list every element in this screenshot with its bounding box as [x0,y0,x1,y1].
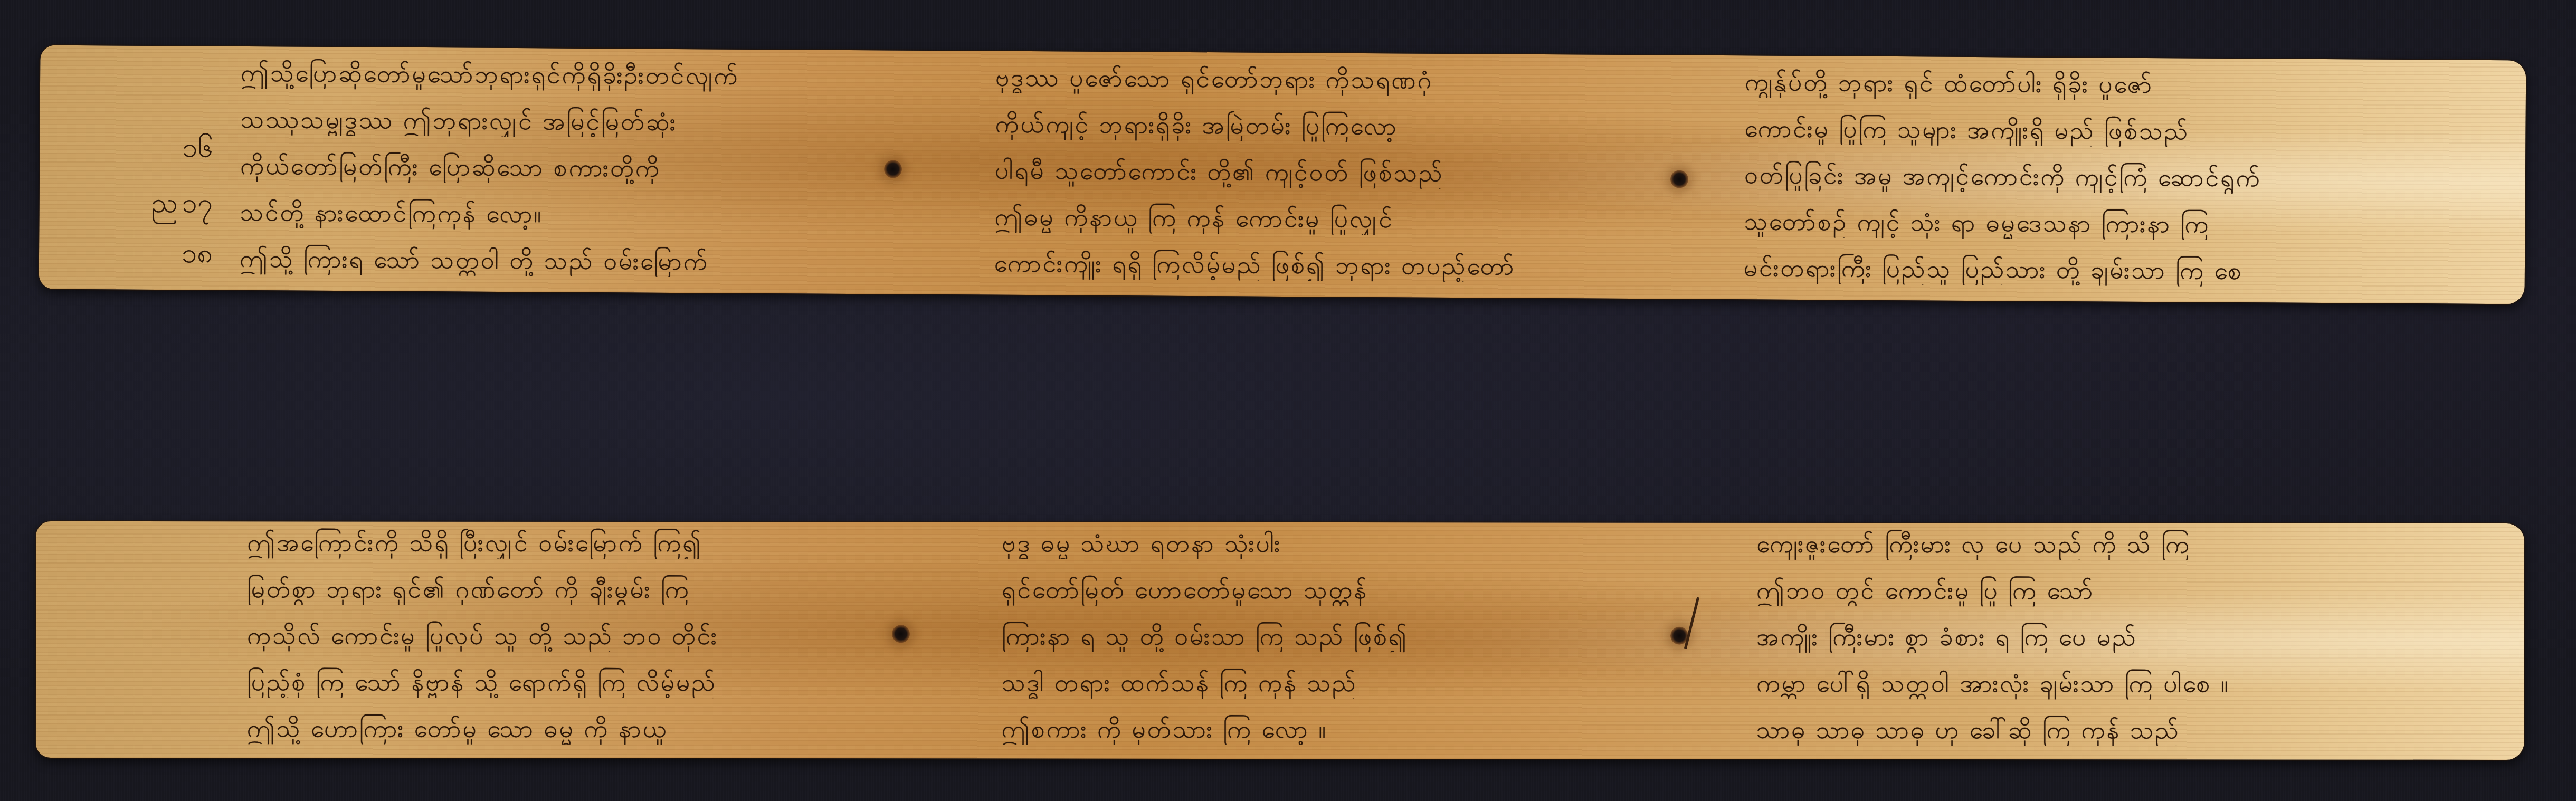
text-section-left: ဤအကြောင်းကို သိရှိ ပြီးလျှင် ဝမ်းမြောက် … [247,527,933,749]
upper-palm-leaf: ည ၁၆ ၁၇ ၁၈ ဤသို့ပြောဆိုတော်မူသော်ဘုရားရှ… [39,45,2526,304]
manuscript-line: ကောင်းမှု ပြုကြ သူများ အကျိုးရှိ မည် ဖြစ… [1744,112,2367,148]
manuscript-line: ကျွန်ုပ်တို့ ဘုရား ရှင် ထံတော်ပါး ရှိခို… [1745,66,2368,101]
manuscript-line: ဗုဒ္ဓ ဓမ္မ သံဃာ ရတနာ သုံးပါး [1002,528,1656,560]
manuscript-line: မြတ်စွာ ဘုရား ရှင်၏ ဂုဏ်တော် ကို ချီးမွမ… [247,573,933,605]
manuscript-line: ပြည့်စုံ ကြ သော် နိဗ္ဗာန် သို့ ရောက်ရှိ … [247,666,933,698]
text-section-right: ကျွန်ုပ်တို့ ဘုရား ရှင် ထံတော်ပါး ရှိခို… [1744,66,2368,291]
manuscript-line: ကျေးဇူးတော် ကြီးမား လှ ပေ သည် ကို သိ ကြ [1756,528,2379,560]
manuscript-line: ကောင်းကျိုး ရရှိ ကြလိမ့်မည် ဖြစ်၍ ဘုရား … [994,247,1680,283]
margin-line-number: ၁၈ [182,236,213,276]
text-section-left: ဤသို့ပြောဆိုတော်မူသော်ဘုရားရှင်ကိုရှိခို… [240,57,938,283]
manuscript-line: သာဓု သာဓု သာဓု ဟု ခေါ်ဆို ကြ ကုန် သည် [1756,714,2379,746]
manuscript-line: ဤသို့ ဟောကြား တော်မူ သော ဓမ္မ ကို နာယူ [247,712,933,745]
manuscript-line: ကိုယ်ကျင့် ဘုရားရှိခိုး အမြဲတမ်း ပြုကြလေ… [995,108,1681,144]
manuscript-line: ကိုယ်တော်မြတ်ကြီး ပြောဆိုသော စကားတို့ကို [240,150,937,186]
manuscript-line: မင်းတရားကြီး ပြည်သူ ပြည်သား တို့ ချမ်းသာ… [1744,252,2366,287]
manuscript-line: ဤဘဝ တွင် ကောင်းမှု ပြု ကြ သော် [1756,575,2379,607]
manuscript-line: ဤသို့ပြောဆိုတော်မူသော်ဘုရားရှင်ကိုရှိခို… [241,57,937,93]
manuscript-line: ကုသိုလ် ကောင်းမှု ပြုလုပ် သူ တို့ သည် ဘဝ… [247,619,933,652]
manuscript-line: သင်တို့ နားထောင်ကြကုန် လော့။ [240,196,936,232]
manuscript-line: သူတော်စဉ် ကျင့် သုံး ရာ ဓမ္မဒေသနာ ကြားနာ… [1744,205,2366,241]
folio-marker: ည [151,186,178,226]
manuscript-line: ဝတ်ပြုခြင်း အမှု အကျင့်ကောင်းကို ကျင့်ကြ… [1744,159,2367,194]
margin-line-number: ၁၆ [182,130,213,170]
margin-line-number: ၁၇ [182,186,213,226]
manuscript-line: ဤအကြောင်းကို သိရှိ ပြီးလျှင် ဝမ်းမြောက် … [247,527,933,559]
manuscript-line: ဤဓမ္မ ကိုနာယူ ကြ ကုန် ကောင်းမှု ပြုလျှင် [994,201,1680,237]
manuscript-line: ကြားနာ ရ သူ တို့ ဝမ်းသာ ကြ သည် ဖြစ်၍ [1002,621,1656,653]
manuscript-line: အကျိုး ကြီးမား စွာ ခံစား ရ ကြ ပေ မည် [1756,621,2379,653]
manuscript-line: ရှင်တော်မြတ် ဟောတော်မူသော သုတ္တန် [1002,574,1656,606]
lower-palm-leaf: ဤအကြောင်းကို သိရှိ ပြီးလျှင် ဝမ်းမြောက် … [36,521,2524,760]
text-section-middle: ရှင်တော်မြတ် ဟောတော်မူသော သုတ္တန် ကြားနာ… [1002,528,1656,750]
text-section-right: ကျေးဇူးတော် ကြီးမား လှ ပေ သည် ကို သိ ကြ … [1756,528,2379,750]
manuscript-line: သဿုသမ္ဗုဒ္ဓဿ ဤဘုရားလျှင် အမြင့်မြတ်ဆုံး [240,103,937,139]
text-section-middle: ဗုဒ္ဓဿ ပူဇော်သော ရှင်တော်ဘုရား ကိုသရဏဂုံ… [994,62,1682,288]
stylus-mark [1684,597,1699,649]
manuscript-line: ကမ္ဘာ ပေါ်ရှိ သတ္တဝါ အားလုံး ချမ်းသာ ကြ … [1756,667,2379,700]
manuscript-line: ဤစကား ကို မှတ်သား ကြ လော့ ။ [1002,713,1656,746]
manuscript-line: သဒ္ဓါ တရား ထက်သန် ကြ ကုန် သည် [1002,667,1656,699]
manuscript-line: ပါရမီ သူတော်ကောင်း တို့၏ ကျင့်ဝတ် ဖြစ်သည… [995,155,1681,190]
manuscript-line: ဗုဒ္ဓဿ ပူဇော်သော ရှင်တော်ဘုရား ကိုသရဏဂုံ [995,62,1681,98]
manuscript-line: ဤသို့ ကြားရ သော် သတ္တဝါ တို့ သည် ဝမ်းမြေ… [240,243,936,279]
